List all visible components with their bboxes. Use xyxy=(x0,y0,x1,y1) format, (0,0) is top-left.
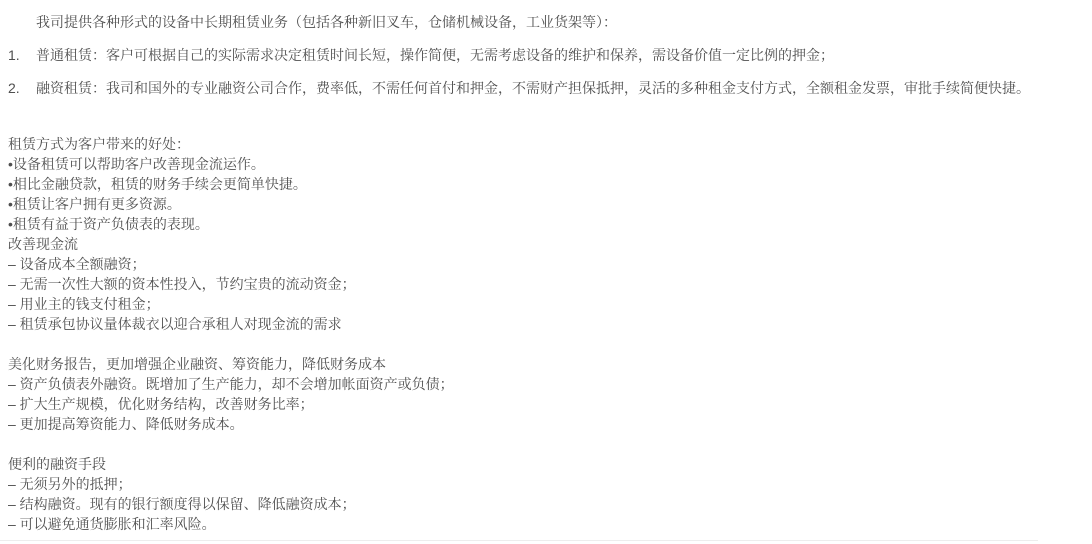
blank-line xyxy=(8,334,1072,354)
text-line: – 租赁承包协议量体裁衣以迎合承租人对现金流的需求 xyxy=(8,314,1072,334)
list-item-text: 普通租赁：客户可根据自己的实际需求决定租赁时间长短，操作简便，无需考虑设备的维护… xyxy=(36,45,1072,65)
benefits-text-block: 租赁方式为客户带来的好处：•设备租赁可以帮助客户改善现金流运作。•相比金融贷款，… xyxy=(8,134,1072,534)
text-line: •相比金融贷款，租赁的财务手续会更简单快捷。 xyxy=(8,174,1072,194)
list-item-number: 2. xyxy=(8,78,36,98)
text-line: 美化财务报告，更加增强企业融资、筹资能力，降低财务成本 xyxy=(8,354,1072,374)
text-line: •租赁让客户拥有更多资源。 xyxy=(8,194,1072,214)
text-line: – 资产负债表外融资。既增加了生产能力，却不会增加帐面资产或负债； xyxy=(8,374,1072,394)
text-line: – 结构融资。现有的银行额度得以保留、降低融资成本； xyxy=(8,494,1072,514)
text-line: 便利的融资手段 xyxy=(8,454,1072,474)
list-item-text: 融资租赁：我司和国外的专业融资公司合作，费率低，不需任何首付和押金，不需财产担保… xyxy=(36,78,1072,98)
text-line: 租赁方式为客户带来的好处： xyxy=(8,134,1072,154)
text-line: – 扩大生产规模，优化财务结构，改善财务比率； xyxy=(8,394,1072,414)
text-line: – 无需一次性大额的资本性投入，节约宝贵的流动资金； xyxy=(8,274,1072,294)
list-item: 1.普通租赁：客户可根据自己的实际需求决定租赁时间长短，操作简便，无需考虑设备的… xyxy=(8,45,1072,65)
intro-paragraph: 我司提供各种形式的设备中长期租赁业务（包括各种新旧叉车，仓储机械设备，工业货架等… xyxy=(36,12,1072,32)
lease-types-numbered-list: 1.普通租赁：客户可根据自己的实际需求决定租赁时间长短，操作简便，无需考虑设备的… xyxy=(8,45,1072,98)
text-line: 改善现金流 xyxy=(8,234,1072,254)
text-line: •租赁有益于资产负债表的表现。 xyxy=(8,214,1072,234)
bottom-divider xyxy=(0,540,1038,541)
text-line: – 无须另外的抵押； xyxy=(8,474,1072,494)
blank-line xyxy=(8,434,1072,454)
text-line: – 用业主的钱支付租金； xyxy=(8,294,1072,314)
text-line: – 设备成本全额融资； xyxy=(8,254,1072,274)
text-line: •设备租赁可以帮助客户改善现金流运作。 xyxy=(8,154,1072,174)
list-item-number: 1. xyxy=(8,45,36,65)
list-item: 2.融资租赁：我司和国外的专业融资公司合作，费率低，不需任何首付和押金，不需财产… xyxy=(8,78,1072,98)
text-line: – 可以避免通货膨胀和汇率风险。 xyxy=(8,514,1072,534)
text-line: – 更加提高筹资能力、降低财务成本。 xyxy=(8,414,1072,434)
lease-services-document: 我司提供各种形式的设备中长期租赁业务（包括各种新旧叉车，仓储机械设备，工业货架等… xyxy=(0,0,1092,544)
